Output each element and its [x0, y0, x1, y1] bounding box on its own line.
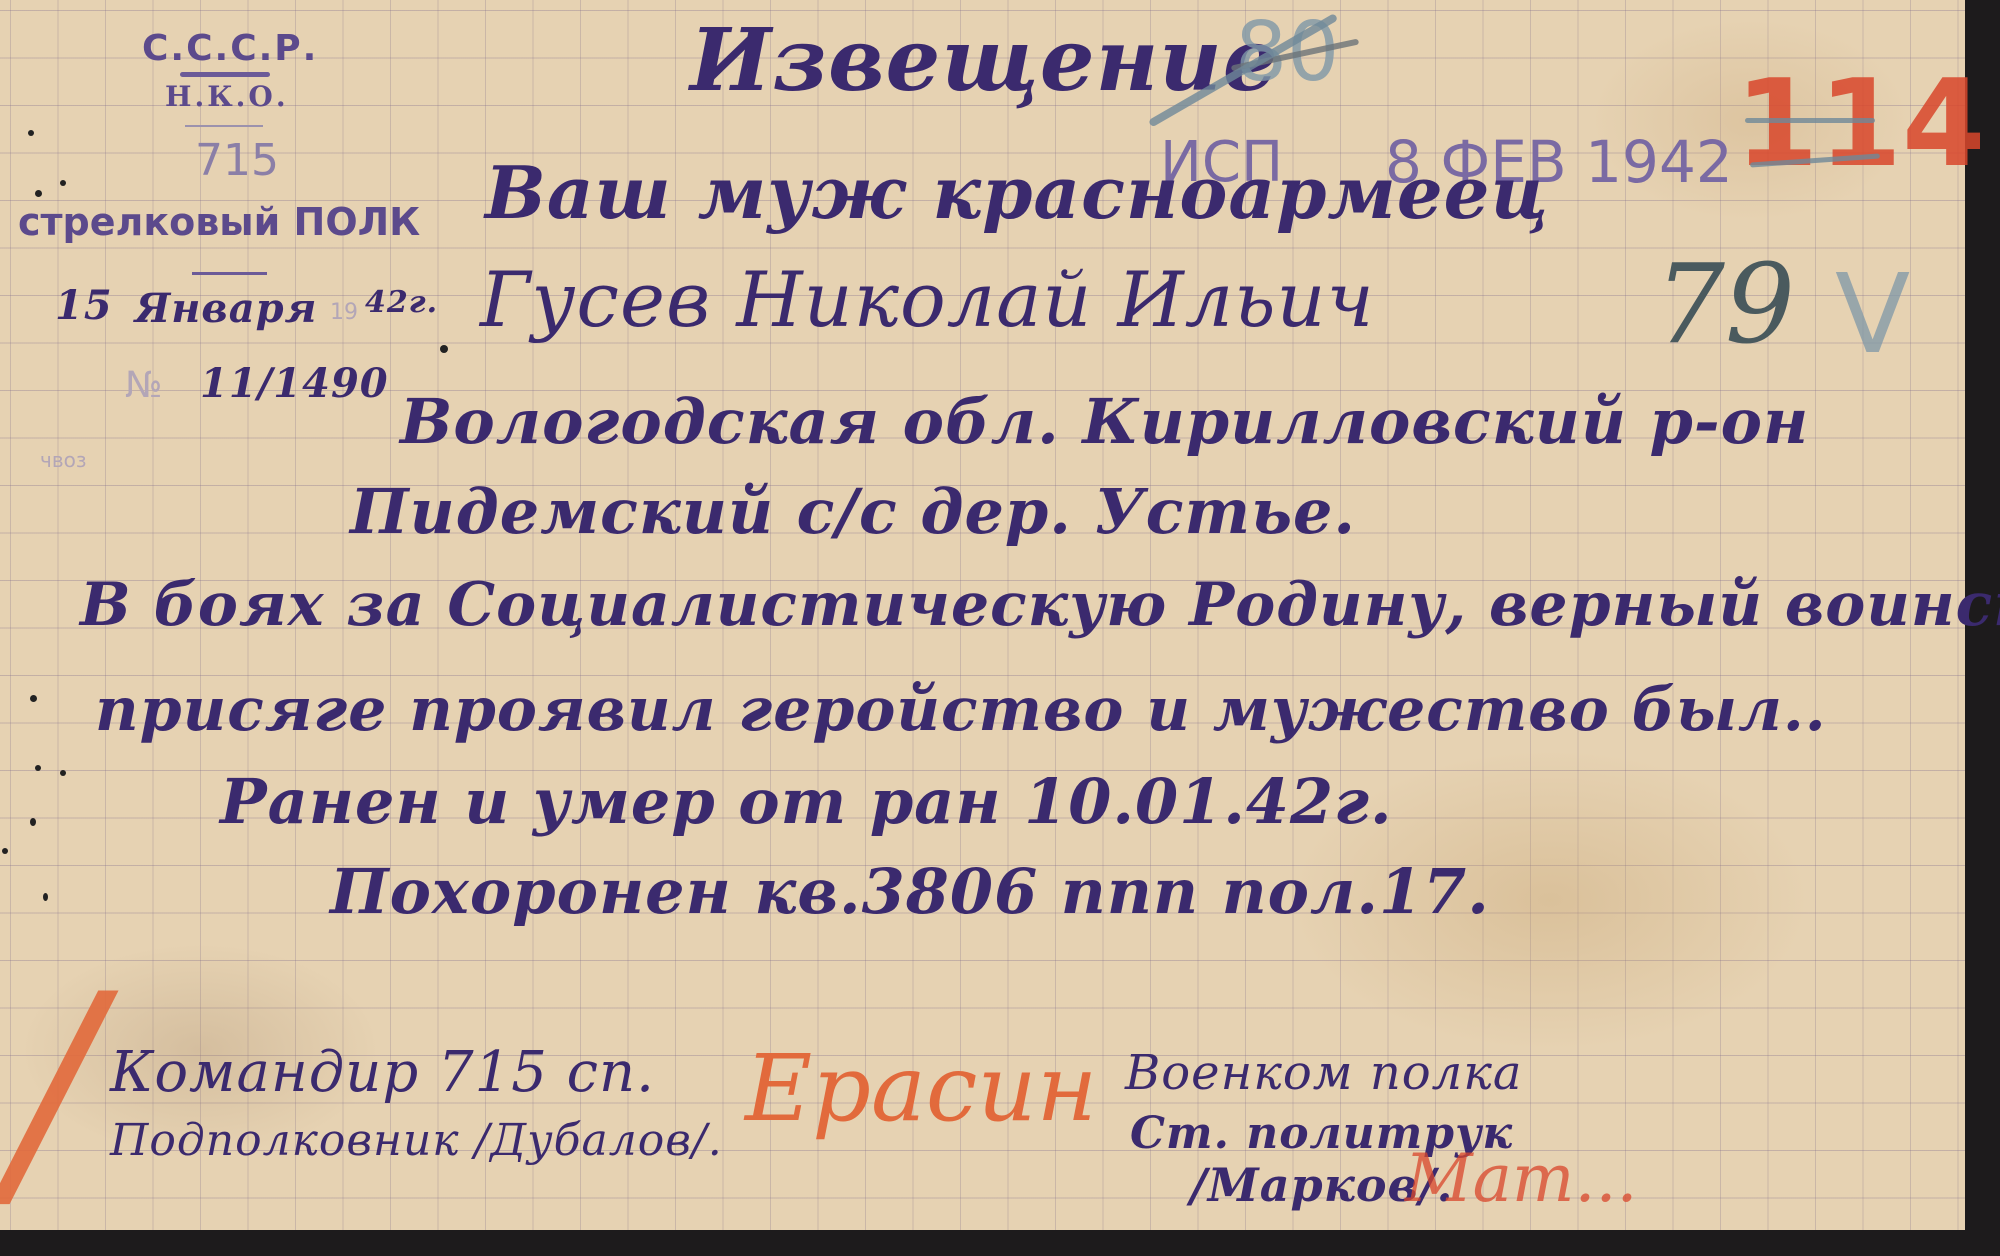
number-label: №	[125, 365, 162, 406]
stamp-underline	[180, 72, 270, 77]
date-month: Января	[135, 285, 317, 332]
body-line-1: Ваш муж красноармеец	[485, 150, 1549, 235]
commissar-title: Военком полка	[1125, 1045, 1522, 1101]
punch-mark-8	[2, 848, 8, 854]
check-mark: V	[1835, 250, 1910, 378]
punch-mark-2	[35, 190, 42, 197]
blue-line-1	[1745, 118, 1875, 123]
punch-mark-4	[30, 695, 37, 702]
punch-mark-3	[60, 180, 66, 186]
punch-mark-6	[60, 770, 66, 776]
date-day: 15	[55, 282, 113, 329]
punch-mark-1	[28, 130, 34, 136]
document-paper: С.С.С.Р. Н.К.О. 715 стрелковый ПОЛК чвоз…	[0, 0, 1965, 1230]
margin-red-stroke: /	[10, 940, 98, 1242]
date-century: 19	[330, 300, 358, 325]
commander-title: Командир 715 сп.	[110, 1040, 655, 1105]
punch-mark-10	[440, 345, 448, 353]
stamp-agency: Н.К.О.	[165, 80, 289, 113]
punch-mark-7	[30, 818, 36, 826]
commander-name: Подполковник /Дубалов/.	[110, 1115, 723, 1166]
red-number: 114	[1735, 55, 1986, 194]
gray-number: 79	[1655, 240, 1795, 368]
body-line-8: Похоронен кв.3806 ппп пол.17.	[330, 855, 1490, 928]
body-line-5: В боях за Социалистическую Родину, верны…	[80, 570, 2000, 640]
commander-signature: Ерасин	[745, 1035, 1097, 1142]
form-code: чвоз	[40, 448, 86, 472]
stamp-divider	[185, 125, 263, 127]
stamp-regiment-type-text: стрелковый ПОЛК	[18, 200, 420, 244]
body-line-6: присяге проявил геройство и мужество был…	[95, 675, 1827, 745]
body-line-2: Гусев Николай Ильич	[480, 255, 1375, 344]
date-year: 42г.	[365, 285, 438, 320]
body-line-4: Пидемский с/с дер. Устье.	[350, 475, 1356, 548]
body-line-7: Ранен и умер от ран 10.01.42г.	[220, 765, 1393, 838]
body-line-3: Вологодская обл. Кирилловский р-он	[400, 385, 1809, 458]
stamp-divider-2	[192, 272, 267, 275]
stamp-regiment-type: стрелковый ПОЛК	[18, 200, 420, 244]
number-value: 11/1490	[200, 360, 389, 407]
punch-mark-9	[43, 893, 48, 901]
stamp-regiment-number: 715	[195, 135, 279, 186]
commissar-signature: Мат...	[1405, 1140, 1637, 1217]
punch-mark-5	[35, 765, 41, 771]
stamp-country: С.С.С.Р.	[142, 28, 318, 69]
